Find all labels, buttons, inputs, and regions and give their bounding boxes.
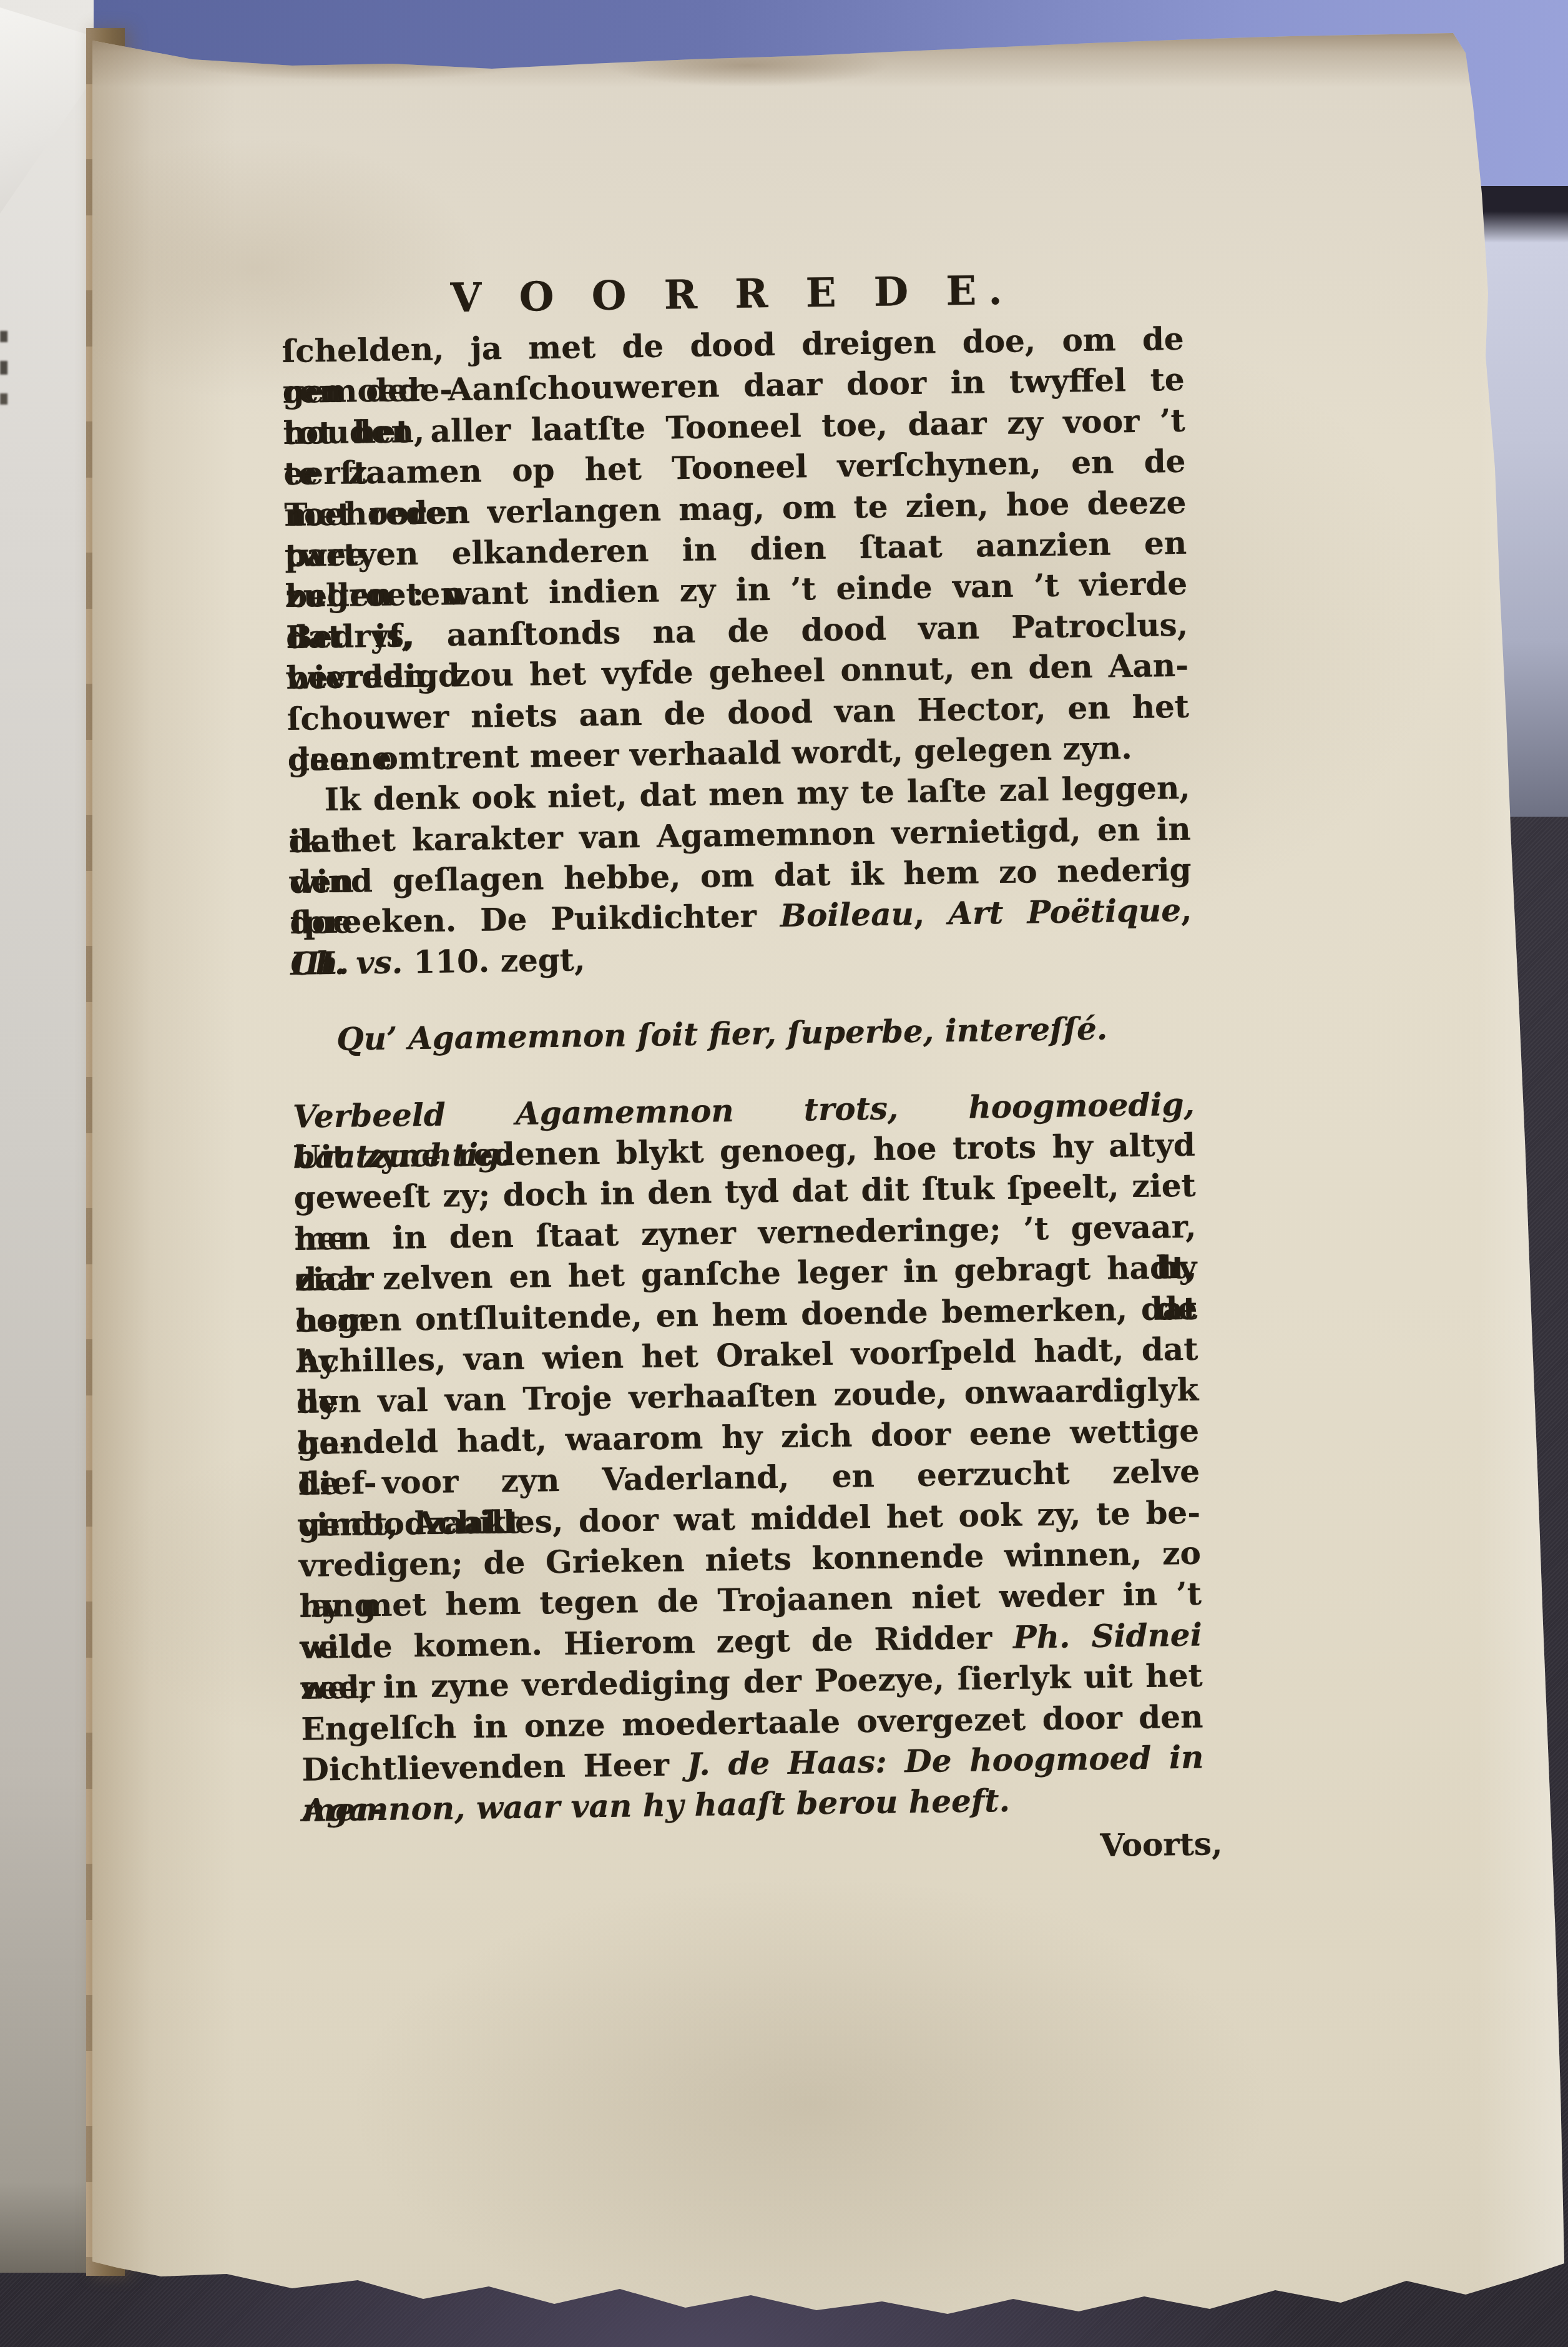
catchword: Voorts, — [1100, 1825, 1223, 1864]
facing-page-edge — [0, 0, 94, 2273]
text-block-lines: ſchelden, ja met de dood dreigen doe, om… — [282, 318, 1204, 1831]
text-segment: , — [913, 895, 948, 933]
facing-page-print-marks — [0, 331, 7, 412]
italic-text-segment: Boileau — [780, 895, 914, 934]
text-segment: 110. zegt, — [403, 941, 586, 980]
text-segment: Dichtlievenden Heer — [301, 1746, 687, 1788]
italic-text-segment: memnon, waar van hy haaſt berou heeft. — [302, 1782, 1010, 1829]
italic-text-segment: Art Poëtique — [948, 892, 1182, 932]
paragraph: Verbeeld Agamemnon trots, hoogmoedig, ba… — [292, 1083, 1204, 1831]
italic-text-segment: III. vs. — [290, 943, 403, 982]
text-segment: wilde komen. Hierom zegt de Ridder — [300, 1619, 1013, 1666]
paragraph: Ik denk ook niet, dat men my te laſte za… — [288, 767, 1192, 984]
book-photo: V O O R R E D E. ſchelden, ja met de doo… — [0, 0, 1568, 2347]
text-block: V O O R R E D E. ſchelden, ja met de doo… — [281, 258, 1205, 1877]
text-segment: ſpreeken. De Puikdichter — [290, 897, 780, 941]
paragraph: Qu’ Agamemnon ſoit fier, ſuperbe, intere… — [292, 1007, 1194, 1061]
text-line: Qu’ Agamemnon ſoit fier, ſuperbe, intere… — [292, 1007, 1194, 1061]
text-segment: , — [1181, 892, 1192, 928]
italic-text-segment: Qu’ Agamemnon ſoit fier, ſuperbe, intere… — [336, 1010, 1108, 1058]
italic-text-segment: J. de Haas: — [687, 1743, 887, 1783]
paragraph: ſchelden, ja met de dood dreigen doe, om… — [282, 318, 1190, 780]
italic-text-segment: Ph. Sidnei — [1013, 1616, 1202, 1655]
text-segment — [886, 1743, 905, 1779]
facing-page-highlight — [0, 7, 94, 214]
